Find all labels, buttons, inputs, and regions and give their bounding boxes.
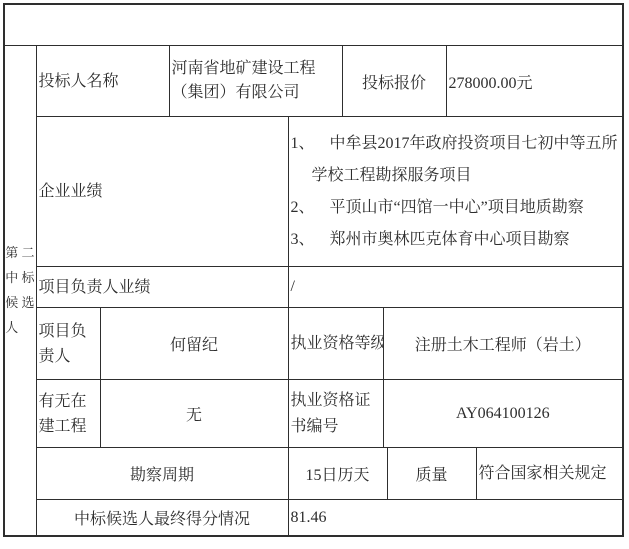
performance-item-text: 中牟县2017年政府投资项目七初中等五所学校工程勘探服务项目	[312, 135, 618, 184]
qualification-level-value: 注册土木工程师（岩土）	[383, 308, 623, 380]
table-row: 勘察周期 15日历天 质量 符合国家相关规定	[4, 448, 623, 500]
group-label-line: 人	[5, 321, 35, 335]
group-label-line: 第 二	[5, 246, 35, 260]
project-manager-value: 何留纪	[100, 308, 288, 380]
performance-item: 2、平顶山市“四馆一中心”项目地质勘察	[291, 192, 621, 224]
performance-item-number: 1、	[291, 135, 315, 152]
certificate-no-value: AY064100126	[383, 380, 623, 448]
bid-price-label: 投标报价	[342, 46, 446, 117]
table-row: 项目负责人业绩 /	[4, 267, 623, 308]
enterprise-performance-list: 1、中牟县2017年政府投资项目七初中等五所学校工程勘探服务项目 2、平顶山市“…	[288, 117, 623, 267]
performance-item: 1、中牟县2017年政府投资项目七初中等五所学校工程勘探服务项目	[291, 128, 621, 192]
survey-period-value: 15日历天	[288, 448, 387, 500]
in-progress-projects-value: 无	[100, 380, 288, 448]
quality-value: 符合国家相关规定	[476, 448, 623, 500]
empty-header-cell	[4, 4, 623, 46]
group-label-cell: 第 二 中 标 候 选 人	[4, 46, 36, 537]
project-manager-label: 项目负责人	[36, 308, 100, 380]
group-label-vertical-text: 第 二 中 标 候 选 人	[7, 46, 34, 535]
bidder-name-value: 河南省地矿建设工程（集团）有限公司	[169, 46, 342, 117]
table-row: 有无在建工程 无 执业资格证书编号 AY064100126	[4, 380, 623, 448]
performance-item-number: 2、	[291, 199, 315, 216]
bid-candidate-table: 第 二 中 标 候 选 人 投标人名称 河南省地矿建设工程（集团）有限公司 投标…	[3, 3, 624, 537]
performance-item: 3、郑州市奥林匹克体育中心项目勘察	[291, 224, 621, 256]
in-progress-projects-label: 有无在建工程	[36, 380, 100, 448]
survey-period-label: 勘察周期	[36, 448, 288, 500]
bid-candidate-page: 第 二 中 标 候 选 人 投标人名称 河南省地矿建设工程（集团）有限公司 投标…	[0, 0, 629, 549]
qualification-level-label: 执业资格等级	[288, 308, 383, 380]
final-score-label: 中标候选人最终得分情况	[36, 500, 288, 537]
bidder-name-label: 投标人名称	[36, 46, 169, 117]
enterprise-performance-label: 企业业绩	[36, 117, 288, 267]
table-row: 企业业绩 1、中牟县2017年政府投资项目七初中等五所学校工程勘探服务项目 2、…	[4, 117, 623, 267]
performance-item-text: 郑州市奥林匹克体育中心项目勘察	[330, 231, 570, 248]
group-label-line: 中 标	[5, 271, 35, 285]
performance-item-text: 平顶山市“四馆一中心”项目地质勘察	[330, 199, 584, 216]
certificate-no-label: 执业资格证书编号	[288, 380, 383, 448]
group-label-line: 候 选	[5, 296, 35, 310]
table-row	[4, 4, 623, 46]
table-row: 中标候选人最终得分情况 81.46	[4, 500, 623, 537]
table-row: 项目负责人 何留纪 执业资格等级 注册土木工程师（岩土）	[4, 308, 623, 380]
pm-performance-value: /	[288, 267, 623, 308]
pm-performance-label: 项目负责人业绩	[36, 267, 288, 308]
table-row: 第 二 中 标 候 选 人 投标人名称 河南省地矿建设工程（集团）有限公司 投标…	[4, 46, 623, 117]
performance-item-number: 3、	[291, 231, 315, 248]
final-score-value: 81.46	[288, 500, 623, 537]
bid-price-value: 278000.00元	[446, 46, 623, 117]
quality-label: 质量	[387, 448, 476, 500]
